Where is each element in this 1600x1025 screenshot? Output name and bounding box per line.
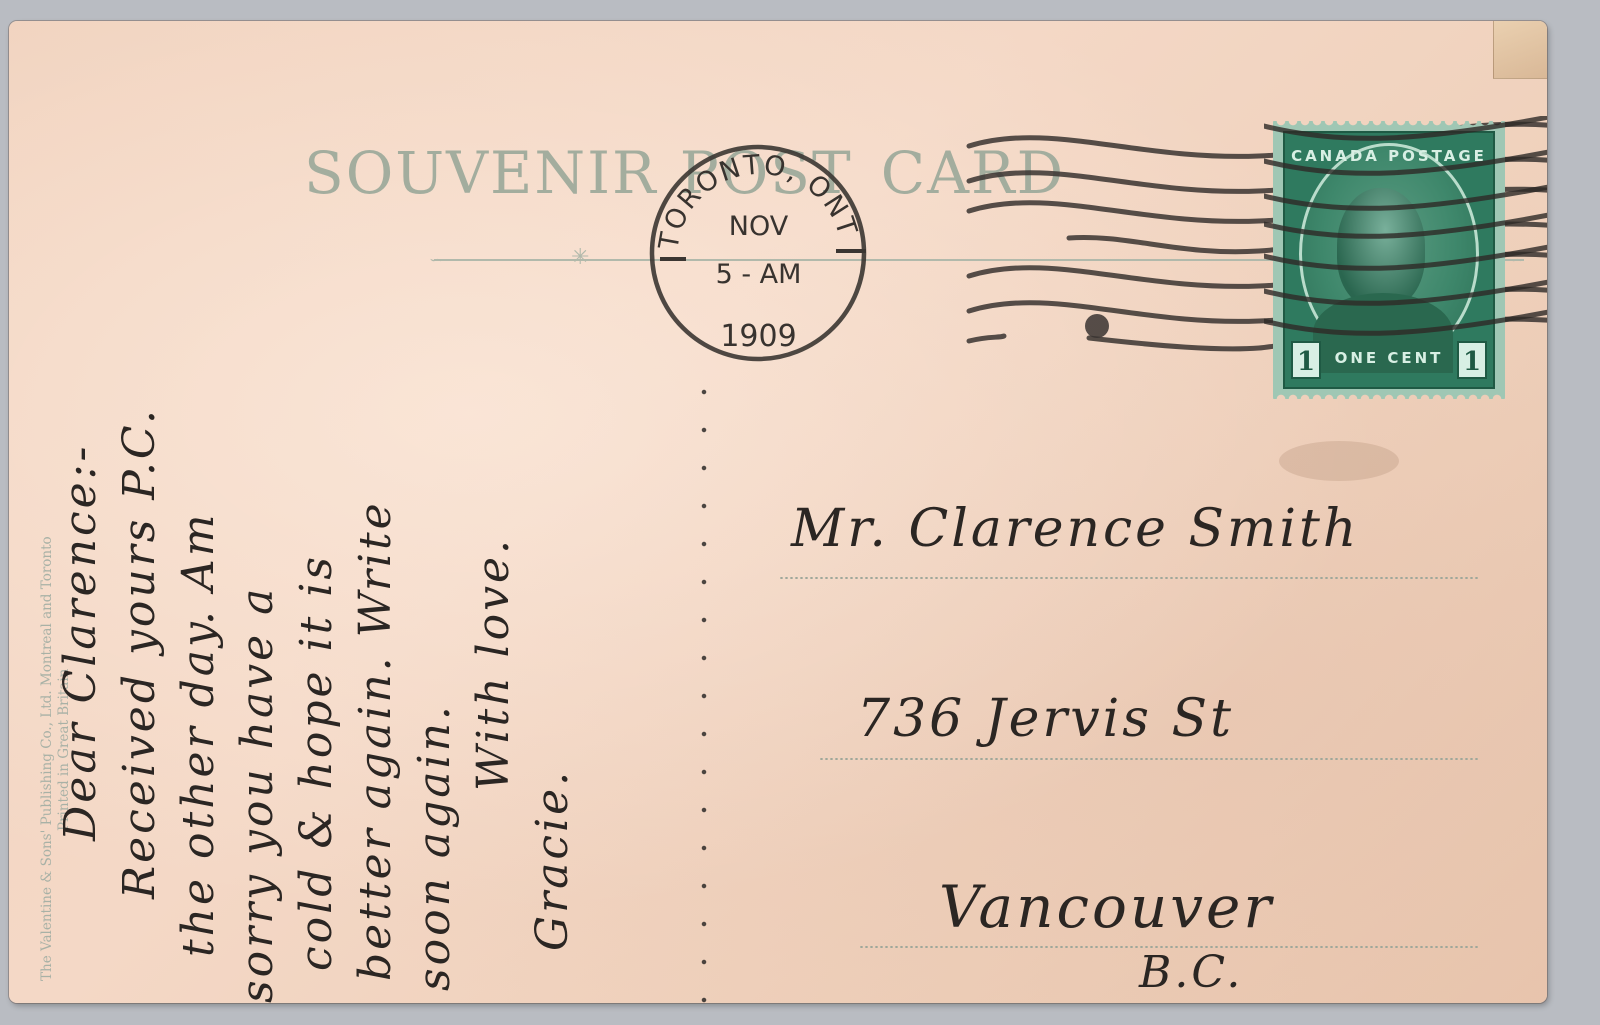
recipient-street: 736 Jervis St — [857, 689, 1234, 749]
stain — [1279, 441, 1399, 481]
recipient-province: B.C. — [1139, 947, 1243, 998]
address-rule — [819, 758, 1479, 760]
title-word-souvenir: SOUVENIR — [304, 139, 658, 207]
postmark: TORONTO, ONT NOV 5 - AM 1909 — [646, 141, 871, 366]
message-line: Dear Clarence:- — [51, 231, 110, 1003]
message-line: cold & hope it is — [287, 231, 346, 1003]
message-line: sorry you have a — [228, 231, 287, 1003]
recipient-name: Mr. Clarence Smith — [791, 499, 1359, 559]
message-line: Received yours P.C. — [110, 231, 169, 1003]
stamp-cancel-lines — [1264, 116, 1547, 356]
message-line: With love. — [464, 231, 523, 1003]
message-line: better again. Write — [346, 231, 405, 1003]
address-rule — [779, 577, 1479, 579]
postcard-back: SOUVENIRPOSTCARD ∽ ∽ ✳ The Valentine & S… — [9, 21, 1547, 1003]
postmark-month: NOV — [646, 211, 871, 242]
center-divider — [701, 373, 707, 1003]
recipient-city: Vancouver — [939, 873, 1274, 941]
postmark-time: 5 - AM — [646, 259, 871, 290]
message-line: the other day. Am — [169, 231, 228, 1003]
worn-corner — [1493, 21, 1547, 79]
postmark-year: 1909 — [646, 319, 871, 354]
message-signature: Gracie. — [523, 231, 582, 1003]
handwritten-message: Dear Clarence:- Received yours P.C. the … — [51, 231, 582, 1003]
message-line: soon again. — [405, 231, 464, 1003]
